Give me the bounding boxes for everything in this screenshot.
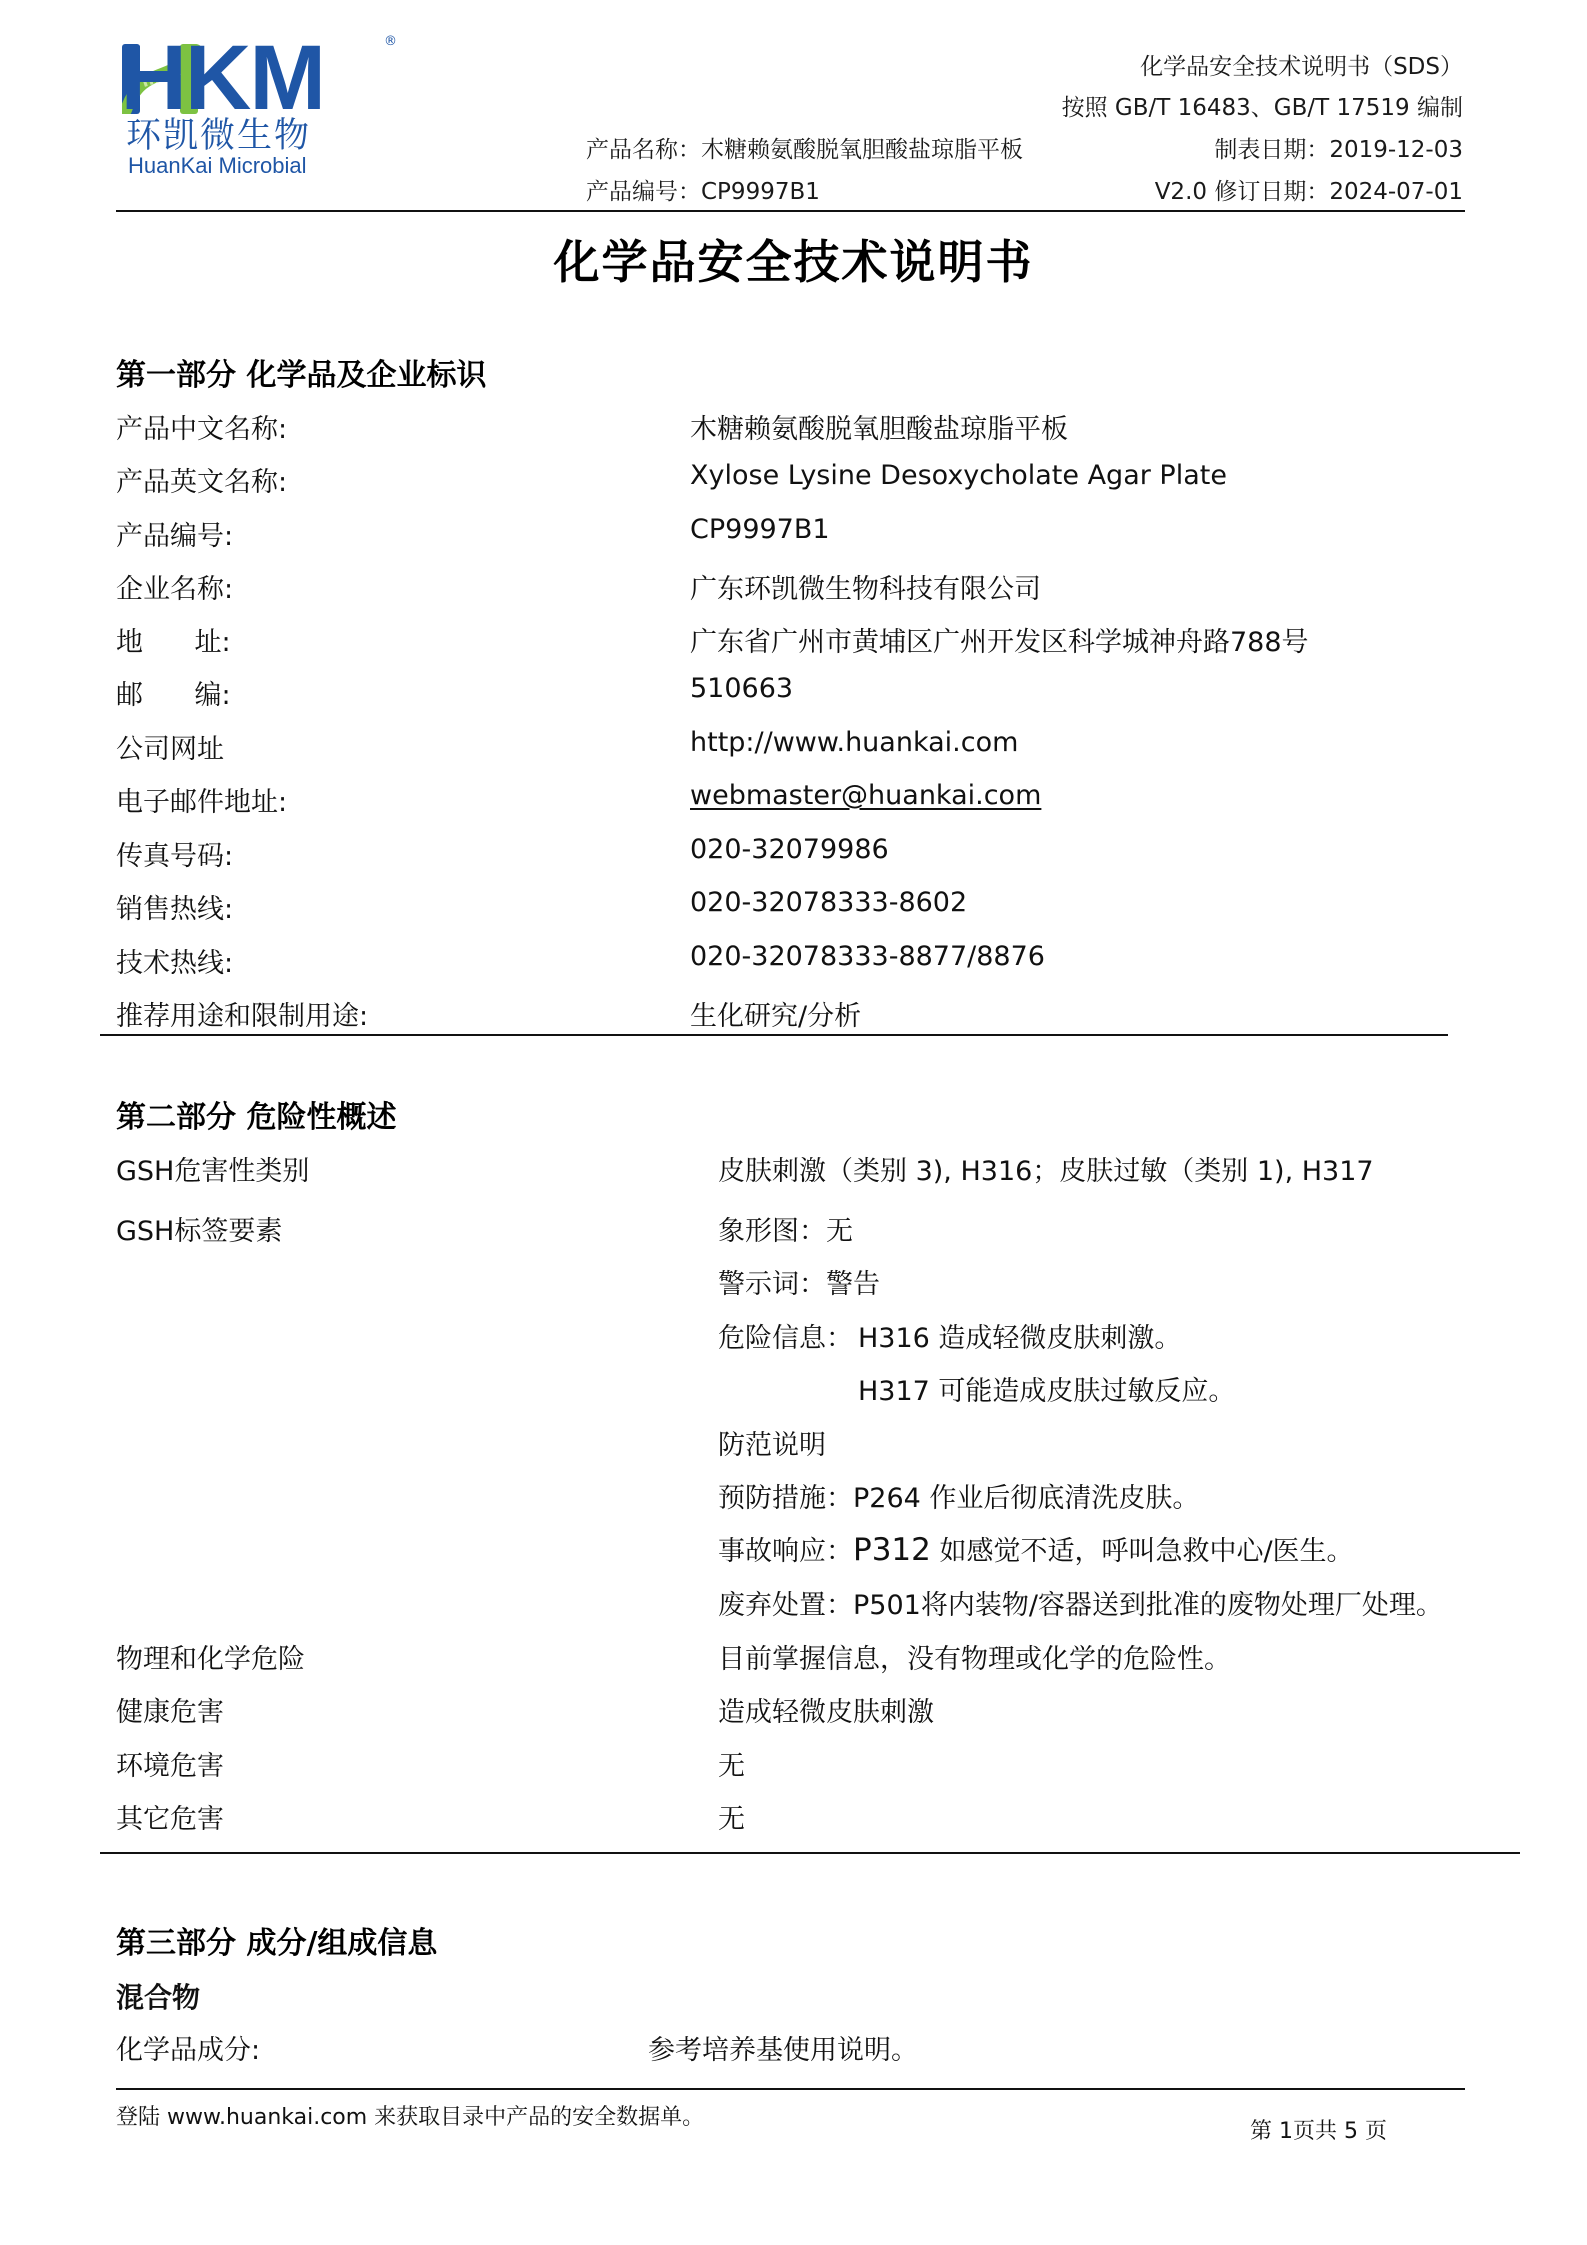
label-fax: 传真号码:: [116, 834, 233, 873]
hazard-statement-h316: H316 造成轻微皮肤刺激。: [858, 1316, 1181, 1355]
value-postcode: 510663: [690, 673, 793, 704]
label-product-en-name: 产品英文名称:: [116, 460, 287, 499]
label-product-code: 产品编号:: [116, 514, 233, 553]
label-ghs-label-elements: GSH标签要素: [116, 1209, 282, 1248]
precaution-prevention: 预防措施：P264 作业后彻底清洗皮肤。: [718, 1476, 1199, 1515]
value-other-hazard: 无: [718, 1797, 745, 1836]
label-email: 电子邮件地址:: [116, 780, 287, 819]
value-physchem-hazard: 目前掌握信息，没有物理或化学的危险性。: [718, 1637, 1231, 1676]
value-env-hazard: 无: [718, 1744, 745, 1783]
label-env-hazard: 环境危害: [116, 1744, 224, 1783]
doc-type: 化学品安全技术说明书（SDS）: [1140, 48, 1463, 81]
value-recommended-use: 生化研究/分析: [690, 994, 861, 1033]
email-link[interactable]: webmaster@huankai.com: [690, 780, 1041, 811]
logo-brand-text: HKM: [120, 27, 324, 129]
value-signal-word: 警示词：警告: [718, 1262, 880, 1301]
value-fax: 020-32079986: [690, 834, 889, 865]
company-logo: HHKM ® 环凯微生物 HuanKai Microbial: [122, 38, 402, 178]
value-ghs-class: 皮肤刺激（类别 3), H316；皮肤过敏（类别 1), H317: [718, 1149, 1374, 1188]
footer-divider: [116, 2088, 1465, 2090]
header-divider: [116, 210, 1465, 212]
label-address: 地 址:: [116, 620, 231, 659]
section2-divider: [100, 1852, 1520, 1854]
value-address: 广东省广州市黄埔区广州开发区科学城神舟路788号: [690, 620, 1309, 659]
header-product-name: 产品名称：木糖赖氨酸脱氧胆酸盐琼脂平板: [586, 131, 1023, 164]
label-postcode: 邮 编:: [116, 673, 231, 712]
label-other-hazard: 其它危害: [116, 1797, 224, 1836]
header-product-code: 产品编号：CP9997B1: [586, 173, 820, 206]
value-tech-hotline: 020-32078333-8877/8876: [690, 941, 1045, 972]
value-product-en-name: Xylose Lysine Desoxycholate Agar Plate: [690, 460, 1227, 491]
value-product-code: CP9997B1: [690, 514, 830, 545]
precaution-disposal: 废弃处置：P501将内装物/容器送到批准的废物处理厂处理。: [718, 1583, 1443, 1622]
website-link[interactable]: http://www.huankai.com: [690, 727, 1018, 758]
section3-title: 第三部分 成分/组成信息: [116, 1918, 437, 1962]
label-physchem-hazard: 物理和化学危险: [116, 1637, 305, 1676]
label-tech-hotline: 技术热线:: [116, 941, 233, 980]
label-health-hazard: 健康危害: [116, 1690, 224, 1729]
label-sales-hotline: 销售热线:: [116, 887, 233, 926]
response-text: 如感觉不适，呼叫急救中心/医生。: [931, 1536, 1354, 1567]
logo-en-name: HuanKai Microbial: [128, 154, 307, 178]
hazard-statement-h317: H317 可能造成皮肤过敏反应。: [858, 1369, 1235, 1408]
label-postcode-text: 邮 编:: [116, 680, 231, 711]
standard-note: 按照 GB/T 16483、GB/T 17519 编制: [1062, 89, 1463, 122]
section2-title: 第二部分 危险性概述: [116, 1092, 396, 1136]
section1-divider: [100, 1034, 1448, 1036]
logo-brand: HHKM: [122, 38, 324, 118]
created-date: 制表日期：2019-12-03: [1214, 131, 1463, 164]
footer-note: 登陆 www.huankai.com 来获取目录中产品的安全数据单。: [116, 2100, 704, 2131]
value-pictogram: 象形图：无: [718, 1209, 853, 1248]
label-recommended-use: 推荐用途和限制用途:: [116, 994, 368, 1033]
response-prefix: 事故响应：: [718, 1536, 853, 1567]
mixture-subtitle: 混合物: [116, 1976, 200, 2016]
page-number: 第 1页共 5 页: [1250, 2114, 1387, 2145]
value-health-hazard: 造成轻微皮肤刺激: [718, 1690, 934, 1729]
precaution-response: 事故响应：P312 如感觉不适，呼叫急救中心/医生。: [718, 1529, 1354, 1568]
label-website: 公司网址: [116, 727, 224, 766]
label-address-text: 地 址:: [116, 627, 231, 658]
value-chemical-components: 参考培养基使用说明。: [648, 2028, 918, 2067]
page-title: 化学品安全技术说明书: [0, 226, 1587, 292]
value-company-name: 广东环凯微生物科技有限公司: [690, 567, 1041, 606]
precaution-title: 防范说明: [718, 1423, 826, 1462]
label-company-name: 企业名称:: [116, 567, 233, 606]
label-ghs-class: GSH危害性类别: [116, 1149, 309, 1188]
value-sales-hotline: 020-32078333-8602: [690, 887, 967, 918]
value-product-cn-name: 木糖赖氨酸脱氧胆酸盐琼脂平板: [690, 407, 1068, 446]
revision-date: V2.0 修订日期：2024-07-01: [1155, 173, 1463, 206]
logo-cn-name: 环凯微生物: [126, 116, 311, 156]
label-chemical-components: 化学品成分:: [116, 2028, 260, 2067]
response-code: P312: [853, 1532, 931, 1568]
hazard-info-prefix: 危险信息：: [718, 1316, 853, 1355]
section1-title: 第一部分 化学品及企业标识: [116, 350, 486, 394]
label-product-cn-name: 产品中文名称:: [116, 407, 287, 446]
registered-mark: ®: [384, 34, 397, 49]
